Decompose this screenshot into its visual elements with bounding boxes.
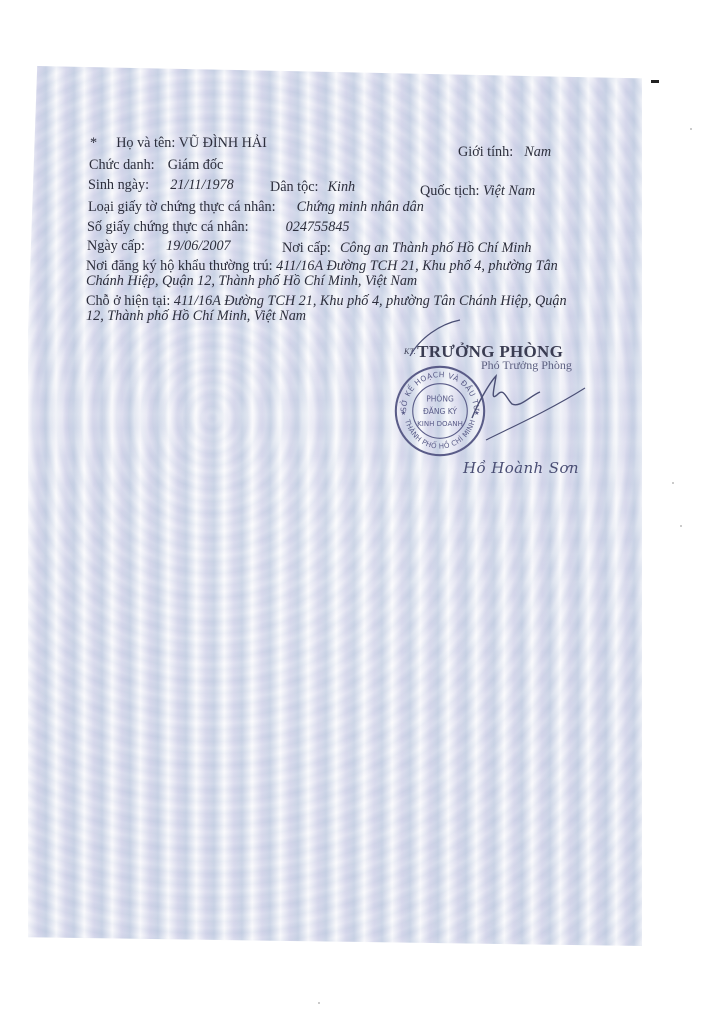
- ethnicity-value: Kinh: [328, 179, 356, 195]
- permanent-address-row-2: Chánh Hiệp, Quận 12, Thành phố Hồ Chí Mi…: [86, 273, 417, 290]
- issue-place-row: Nơi cấp: Công an Thành phố Hồ Chí Minh: [282, 240, 532, 257]
- title-label: Chức danh:: [89, 157, 155, 173]
- nationality-label: Quốc tịch:: [420, 183, 480, 199]
- id-number-row: Số giấy chứng thực cá nhân: 024755845: [87, 219, 350, 236]
- issue-place-value: Công an Thành phố Hồ Chí Minh: [340, 240, 532, 256]
- ethnicity-label: Dân tộc:: [270, 179, 318, 195]
- id-number-label: Số giấy chứng thực cá nhân:: [87, 219, 249, 235]
- issue-place-label: Nơi cấp:: [282, 240, 331, 256]
- id-type-row: Loại giấy tờ chứng thực cá nhân: Chứng m…: [88, 199, 424, 216]
- issue-date-value: 19/06/2007: [166, 238, 231, 254]
- bullet: *: [90, 135, 97, 151]
- full-name-value: VŨ ĐÌNH HẢI: [179, 135, 267, 151]
- gender-label: Giới tính:: [458, 144, 513, 160]
- seal-center-line3: KINH DOANH: [417, 419, 463, 428]
- dob-value: 21/11/1978: [170, 177, 234, 193]
- svg-text:★: ★: [401, 409, 407, 417]
- permanent-address-line2: Chánh Hiệp, Quận 12, Thành phố Hồ Chí Mi…: [86, 273, 417, 289]
- dob-label: Sinh ngày:: [88, 177, 149, 193]
- full-name-row: * Họ và tên: VŨ ĐÌNH HẢI: [90, 135, 267, 152]
- full-name-label: Họ và tên:: [116, 135, 175, 151]
- issue-date-row: Ngày cấp: 19/06/2007: [87, 238, 231, 255]
- permanent-address-line1: 411/16A Đường TCH 21, Khu phố 4, phường …: [276, 258, 558, 274]
- security-paper-background: [28, 66, 642, 946]
- signature-subtitle: Phó Trưởng Phòng: [481, 358, 572, 373]
- signature-prefix: KT.: [404, 347, 416, 356]
- current-address-label: Chỗ ở hiện tại:: [86, 293, 170, 309]
- permanent-address-label: Nơi đăng ký hộ khẩu thường trú:: [86, 258, 273, 274]
- id-type-value: Chứng minh nhân dân: [297, 199, 424, 215]
- issue-date-label: Ngày cấp:: [87, 238, 145, 254]
- title-row: Chức danh: Giám đốc: [89, 157, 223, 174]
- official-seal: SỞ KẾ HOẠCH VÀ ĐẦU TƯ THÀNH PHỐ HỒ CHÍ M…: [393, 364, 487, 458]
- signer-name: Hồ Hoành Sơn: [463, 459, 579, 477]
- current-address-row-2: 12, Thành phố Hồ Chí Minh, Việt Nam: [86, 308, 306, 325]
- id-number-value: 024755845: [286, 219, 350, 235]
- scan-speck: [690, 128, 692, 130]
- title-value: Giám đốc: [168, 157, 224, 173]
- scan-speck: [672, 482, 674, 484]
- nationality-value: Việt Nam: [483, 183, 535, 199]
- scan-mark: [651, 80, 659, 83]
- svg-text:★: ★: [474, 409, 480, 417]
- seal-center-line2: ĐĂNG KÝ: [423, 407, 457, 416]
- id-type-label: Loại giấy tờ chứng thực cá nhân:: [88, 199, 276, 215]
- scan-speck: [318, 1002, 320, 1004]
- current-address-line2: 12, Thành phố Hồ Chí Minh, Việt Nam: [86, 308, 306, 324]
- gender-value: Nam: [524, 144, 551, 160]
- scan-speck: [680, 525, 682, 527]
- seal-center-line1: PHÒNG: [426, 395, 454, 404]
- gender-row: Giới tính: Nam: [458, 144, 551, 161]
- dob-row: Sinh ngày: 21/11/1978: [88, 177, 234, 194]
- ethnicity-row: Dân tộc: Kinh: [270, 179, 355, 196]
- nationality-row: Quốc tịch: Việt Nam: [420, 183, 535, 200]
- current-address-line1: 411/16A Đường TCH 21, Khu phố 4, phường …: [174, 293, 567, 309]
